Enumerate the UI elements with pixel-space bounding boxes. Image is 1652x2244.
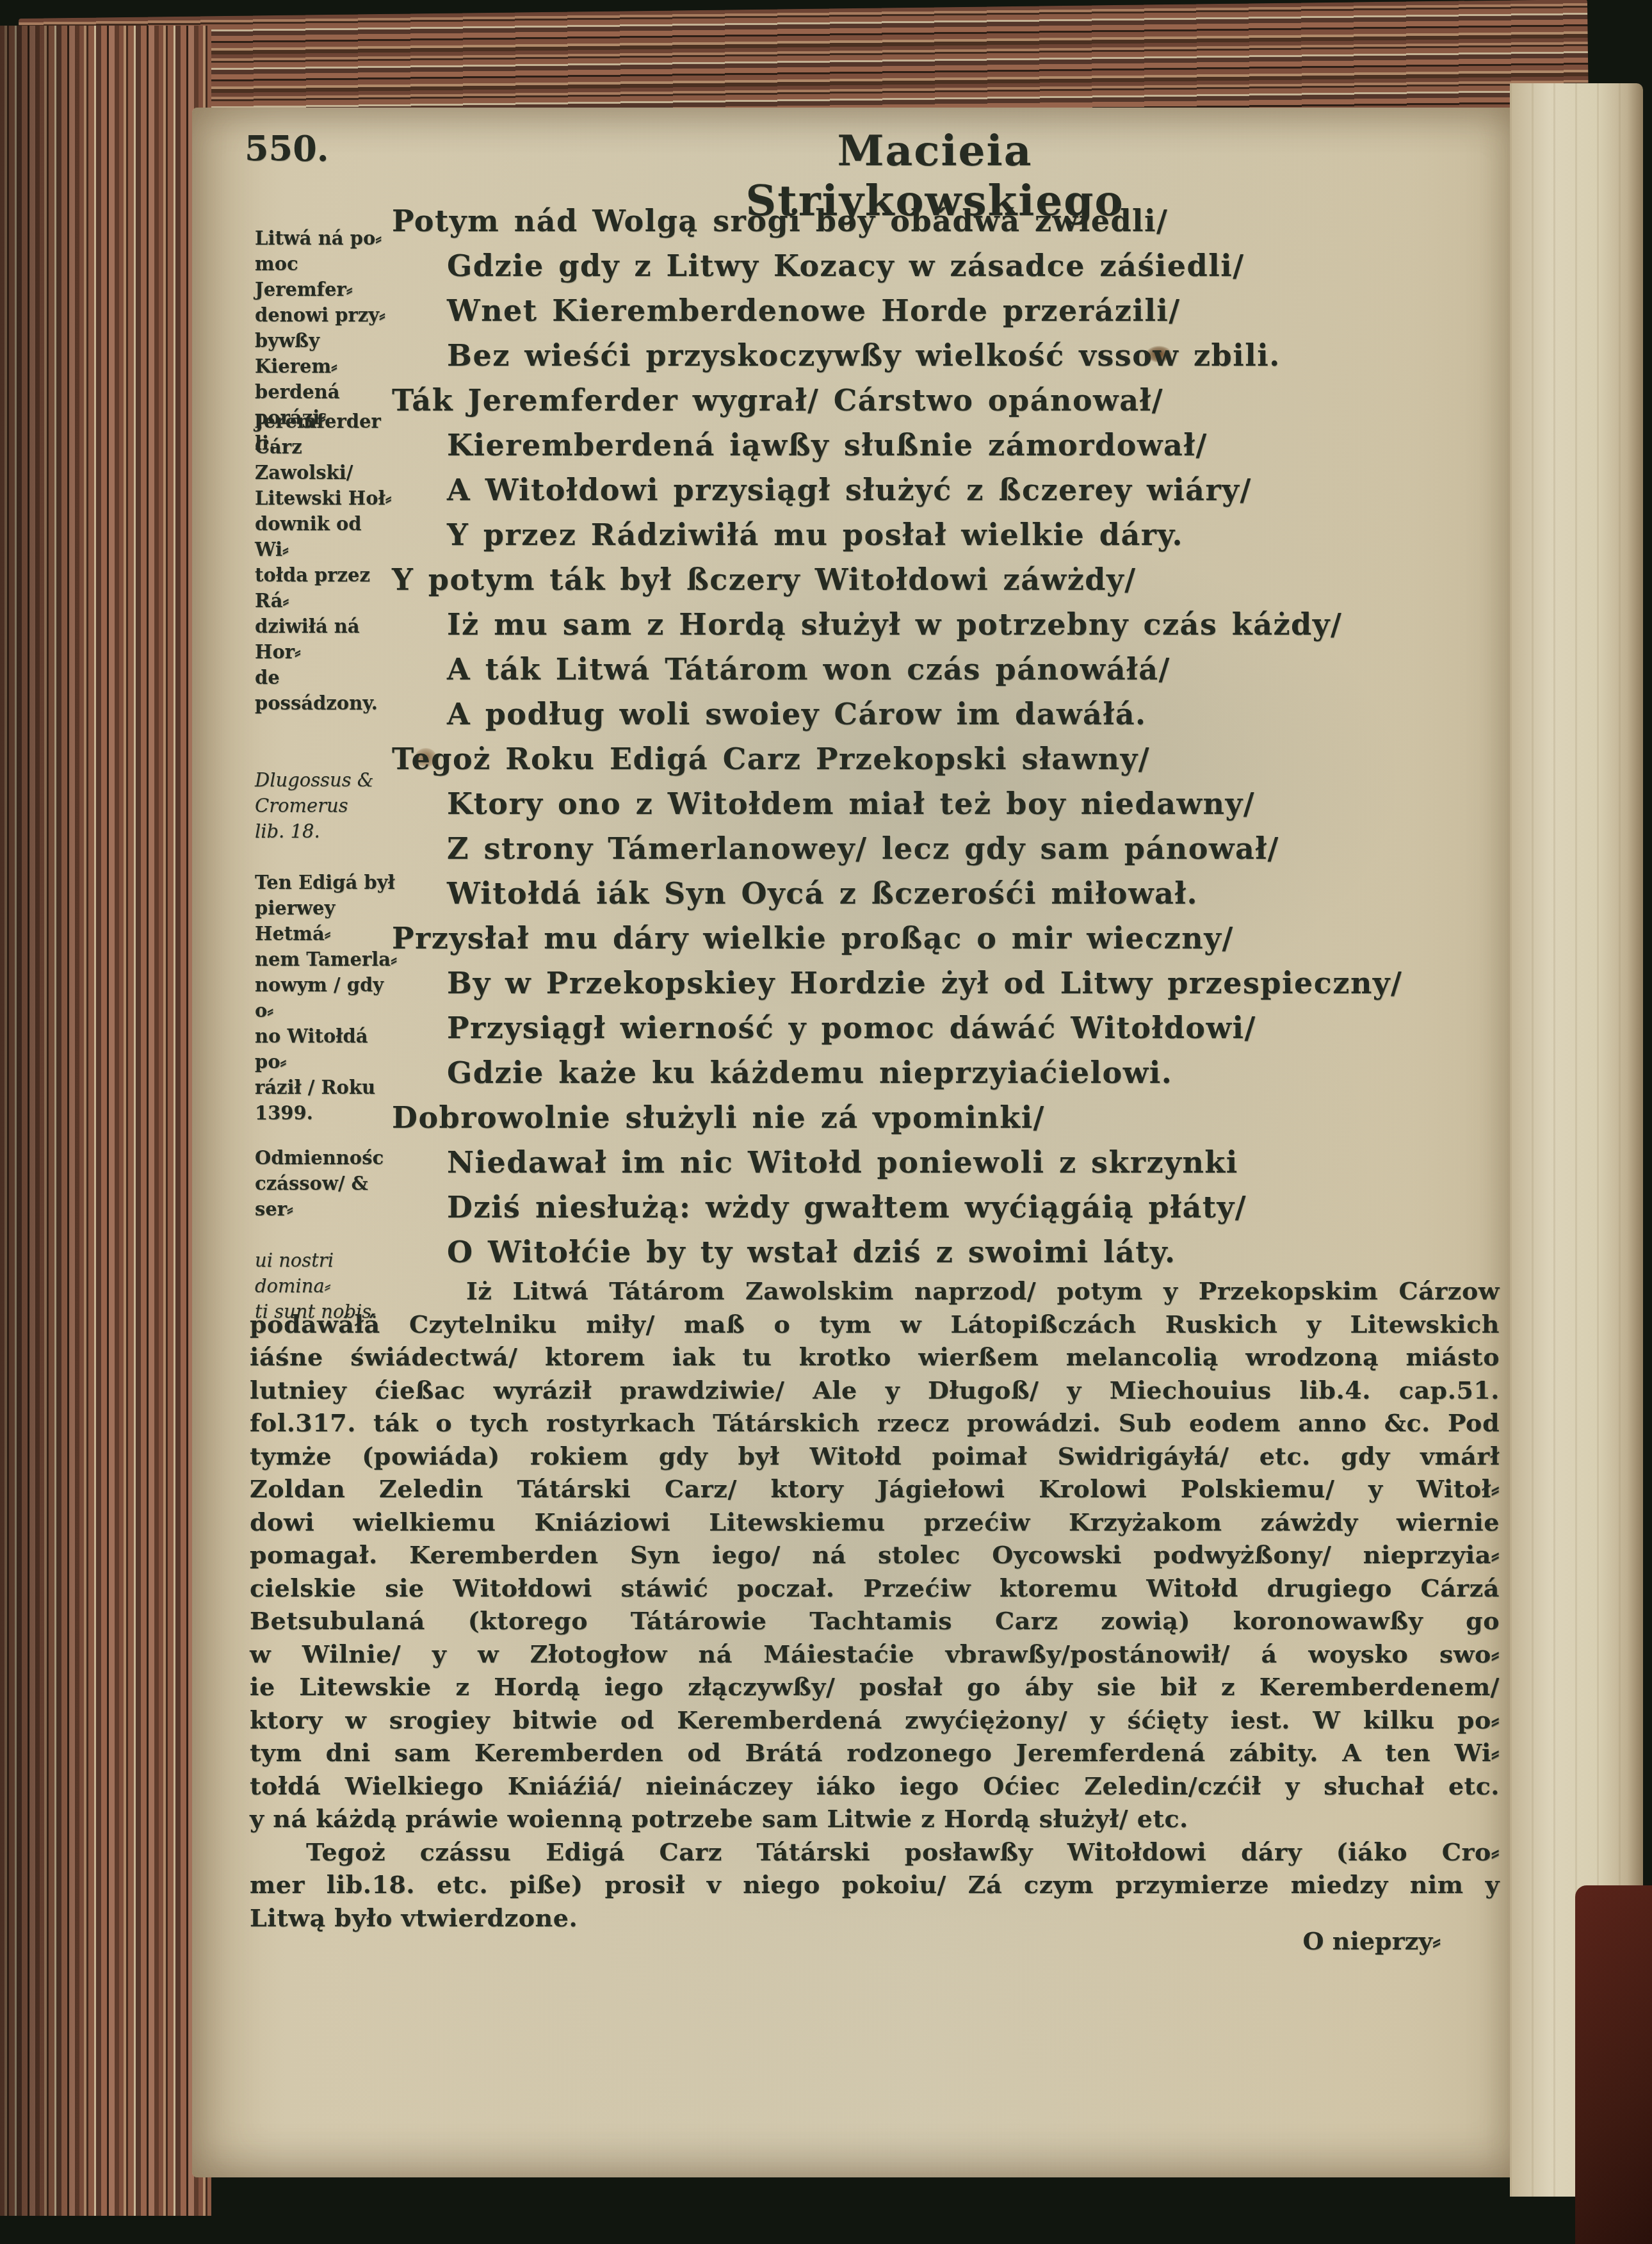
margin-note-dlugossus: Dlugossus & Cromerus lib. 18. Ten Edigá …: [255, 742, 397, 1151]
verse-line: Niedawał im nic Witołd poniewoli z skrzy…: [447, 1140, 1506, 1185]
verse-line: Przysiągł wierność y pomoc dáwáć Witołdo…: [447, 1005, 1506, 1050]
verse-line: A podług woli swoiey Cárow im dawáłá.: [447, 692, 1506, 736]
verse-line: Ták Jeremferder wygrał/ Cárstwo opánował…: [392, 378, 1506, 423]
prose-line: iáśne świádectwá/ ktorem iak tu krotko w…: [250, 1340, 1500, 1374]
verse-line: Wnet Kieremberdenowe Horde przerázili/: [447, 288, 1506, 333]
prose-line: w Wilnie/ y w Złotogłow ná Máiestaćie vb…: [250, 1638, 1500, 1671]
prose-line: ie Litewskie z Hordą iego złączywßy/ pos…: [250, 1670, 1500, 1703]
prose-line: cielskie sie Witołdowi stáwić poczał. Pr…: [250, 1572, 1500, 1605]
verse-line: Bez wieśći przyskoczywßy wielkość vssow …: [447, 333, 1506, 378]
verse-line: Gdzie gdy z Litwy Kozacy w zásadce záśie…: [447, 243, 1506, 288]
prose-paragraph: Tegoż czássu Edigá Carz Tátárski posławß…: [250, 1835, 1500, 1935]
verse-line: Tegoż Roku Edigá Carz Przekopski sławny/: [392, 736, 1506, 781]
facing-page-edge: [1510, 83, 1643, 2197]
verse-line: Iż mu sam z Hordą służył w potrzebny czá…: [447, 602, 1506, 647]
verse-line: O Witołćie by ty wstał dziś z swoimi lát…: [447, 1230, 1506, 1274]
verse-line: Witołdá iák Syn Oycá z ßczerośći miłował…: [447, 871, 1506, 916]
prose-line: fol.317. ták o tych rostyrkach Tátárskic…: [250, 1406, 1500, 1440]
prose-line: ktory w srogiey bitwie od Keremberdená z…: [250, 1703, 1500, 1737]
prose-block: Iż Litwá Tátárom Zawolskim naprzod/ poty…: [250, 1274, 1500, 1934]
margin-note-jeremferder: Jeremferder Cárz Zawolski/ Litewski Hoł⸗…: [255, 409, 397, 716]
verse-line: Dobrowolnie służyli nie zá vpominki/: [392, 1095, 1506, 1140]
verse-line: Y przez Rádziwiłá mu posłał wielkie dáry…: [447, 512, 1506, 557]
verse-line: Kieremberdená iąwßy słußnie zámordował/: [447, 423, 1506, 467]
prose-line: tym dni sam Keremberden od Brátá rodzone…: [250, 1736, 1500, 1769]
prose-line: Tegoż czássu Edigá Carz Tátárski posławß…: [250, 1835, 1500, 1869]
verse-line: Dziś niesłużą: wżdy gwałtem wyćiągáią pł…: [447, 1185, 1506, 1230]
prose-line: Betsubulaná (ktorego Tátárowie Tachtamis…: [250, 1604, 1500, 1638]
prose-line: dowi wielkiemu Kniáziowi Litewskiemu prz…: [250, 1506, 1500, 1539]
verse-line: A ták Litwá Tátárom won czás pánowáłá/: [447, 647, 1506, 692]
catchword: O nieprzy⸗: [250, 1926, 1441, 1956]
margin-note-latin-citation: Dlugossus & Cromerus lib. 18.: [255, 767, 397, 844]
verse-line: Przysłał mu dáry wielkie proßąc o mir wi…: [392, 916, 1506, 961]
margin-note-polish-text: Odmiennośc czássow/ & ser⸗: [255, 1145, 397, 1222]
prose-line: lutniey ćießac wyráził prawdziwie/ Ale y…: [250, 1374, 1500, 1407]
verse-line: Y potym ták był ßczery Witołdowi záwżdy/: [392, 557, 1506, 602]
verse-line: Potym nád Wolgą srogi boy obádwá zwiedli…: [392, 199, 1506, 243]
book-cover-corner: [1575, 1885, 1652, 2244]
prose-line: tymże (powiáda) rokiem gdy był Witołd po…: [250, 1440, 1500, 1473]
verse-line: Ktory ono z Witołdem miał też boy niedaw…: [447, 781, 1506, 826]
prose-line: Zoldan Zeledin Tátárski Carz/ ktory Jági…: [250, 1472, 1500, 1506]
prose-line: podawáłá Czytelniku miły/ maß o tym w Lá…: [250, 1308, 1500, 1341]
page-number: 550.: [245, 128, 329, 169]
page-stack-left-edge: [0, 26, 211, 2216]
prose-line: y ná káżdą práwie woienną potrzebe sam L…: [250, 1802, 1500, 1835]
verse-line: By w Przekopskiey Hordzie żył od Litwy p…: [447, 961, 1506, 1005]
prose-line: Iż Litwá Tátárom Zawolskim naprzod/ poty…: [250, 1274, 1500, 1308]
margin-note-polish-text: Ten Edigá był pierwey Hetmá⸗ nem Tamerla…: [255, 870, 397, 1126]
verse-line: Z strony Támerlanowey/ lecz gdy sam páno…: [447, 826, 1506, 871]
prose-paragraph: Iż Litwá Tátárom Zawolskim naprzod/ poty…: [250, 1274, 1500, 1835]
verse-line: Gdzie każe ku káżdemu nieprzyiaćielowi.: [447, 1050, 1506, 1095]
verse-block: Potym nád Wolgą srogi boy obádwá zwiedli…: [392, 199, 1506, 1274]
prose-line: mer lib.18. etc. piße) prosił v niego po…: [250, 1868, 1500, 1901]
prose-line: pomagał. Keremberden Syn iego/ ná stolec…: [250, 1538, 1500, 1572]
book-photo: 550. Macieia Striykowskiego Litwá ná po⸗…: [0, 0, 1652, 2244]
verse-line: A Witołdowi przysiągł służyć z ßczerey w…: [447, 467, 1506, 512]
prose-line: tołdá Wielkiego Kniáźiá/ nieináczey iáko…: [250, 1769, 1500, 1803]
